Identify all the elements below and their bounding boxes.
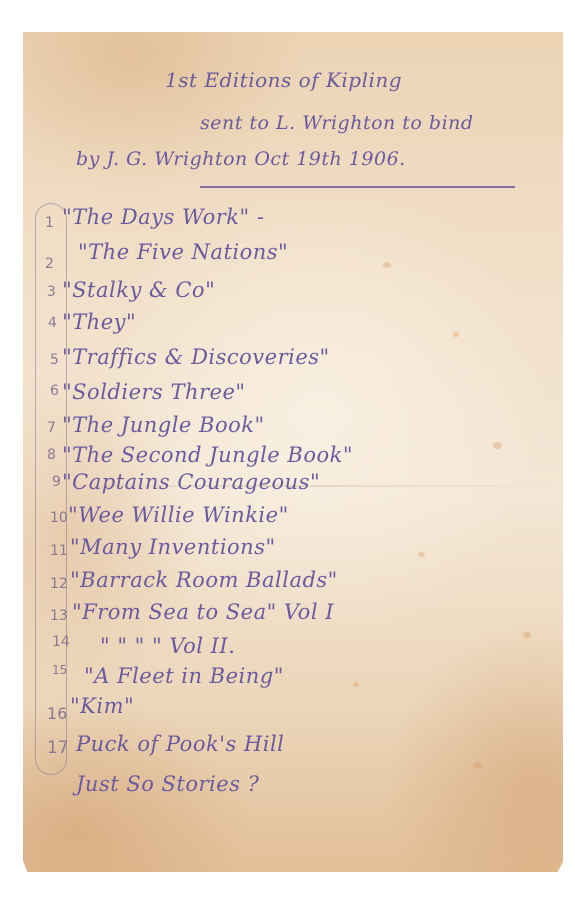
item-number: 3 <box>47 284 56 300</box>
item-title: " " " " Vol II. <box>100 634 235 658</box>
item-number: 10 <box>50 510 68 526</box>
item-number: 15 <box>52 663 67 677</box>
foxing-spot <box>353 682 359 687</box>
item-number: 8 <box>47 447 56 463</box>
item-number: 6 <box>50 383 59 399</box>
header-underline <box>200 186 515 188</box>
item-title: "From Sea to Sea" Vol I <box>72 600 334 624</box>
item-number: 16 <box>47 704 67 723</box>
header-title: 1st Editions of Kipling <box>165 68 402 92</box>
item-title: "Soldiers Three" <box>62 380 246 404</box>
item-title: Puck of Pook's Hill <box>76 732 284 756</box>
item-title: "The Days Work" - <box>62 205 264 229</box>
item-title: Just So Stories ? <box>76 772 259 796</box>
item-number: 11 <box>50 543 68 559</box>
item-title: "The Five Nations" <box>78 240 288 264</box>
foxing-spot <box>523 632 531 638</box>
item-number: 9 <box>52 474 61 490</box>
header-sender-date: by J. G. Wrighton Oct 19th 1906. <box>76 148 406 170</box>
item-number: 14 <box>52 634 70 650</box>
foxing-spot <box>493 442 502 449</box>
item-number: 13 <box>50 608 68 624</box>
item-title: "A Fleet in Being" <box>84 664 284 688</box>
item-number: 2 <box>45 256 54 272</box>
item-title: "Many Inventions" <box>70 535 276 559</box>
item-number: 1 <box>45 215 54 231</box>
item-title: "Wee Willie Winkie" <box>68 503 289 527</box>
item-title: "The Second Jungle Book" <box>62 443 353 467</box>
item-title: "Traffics & Discoveries" <box>62 345 330 369</box>
item-title: "Barrack Room Ballads" <box>70 568 338 592</box>
item-number: 12 <box>50 576 68 592</box>
item-number: 17 <box>47 738 69 758</box>
item-number: 7 <box>47 420 56 436</box>
item-title: "Captains Courageous" <box>62 470 320 494</box>
item-title: "Stalky & Co" <box>62 278 215 302</box>
foxing-spot <box>418 552 425 557</box>
item-number: 4 <box>48 315 57 331</box>
foxing-spot <box>453 332 459 337</box>
item-number: 5 <box>50 352 59 368</box>
foxing-spot <box>473 762 482 769</box>
item-title: "They" <box>62 310 136 334</box>
item-title: "The Jungle Book" <box>62 413 265 437</box>
item-title: "Kim" <box>70 694 134 718</box>
foxing-spot <box>383 262 391 268</box>
header-recipient: sent to L. Wrighton to bind <box>200 112 474 134</box>
